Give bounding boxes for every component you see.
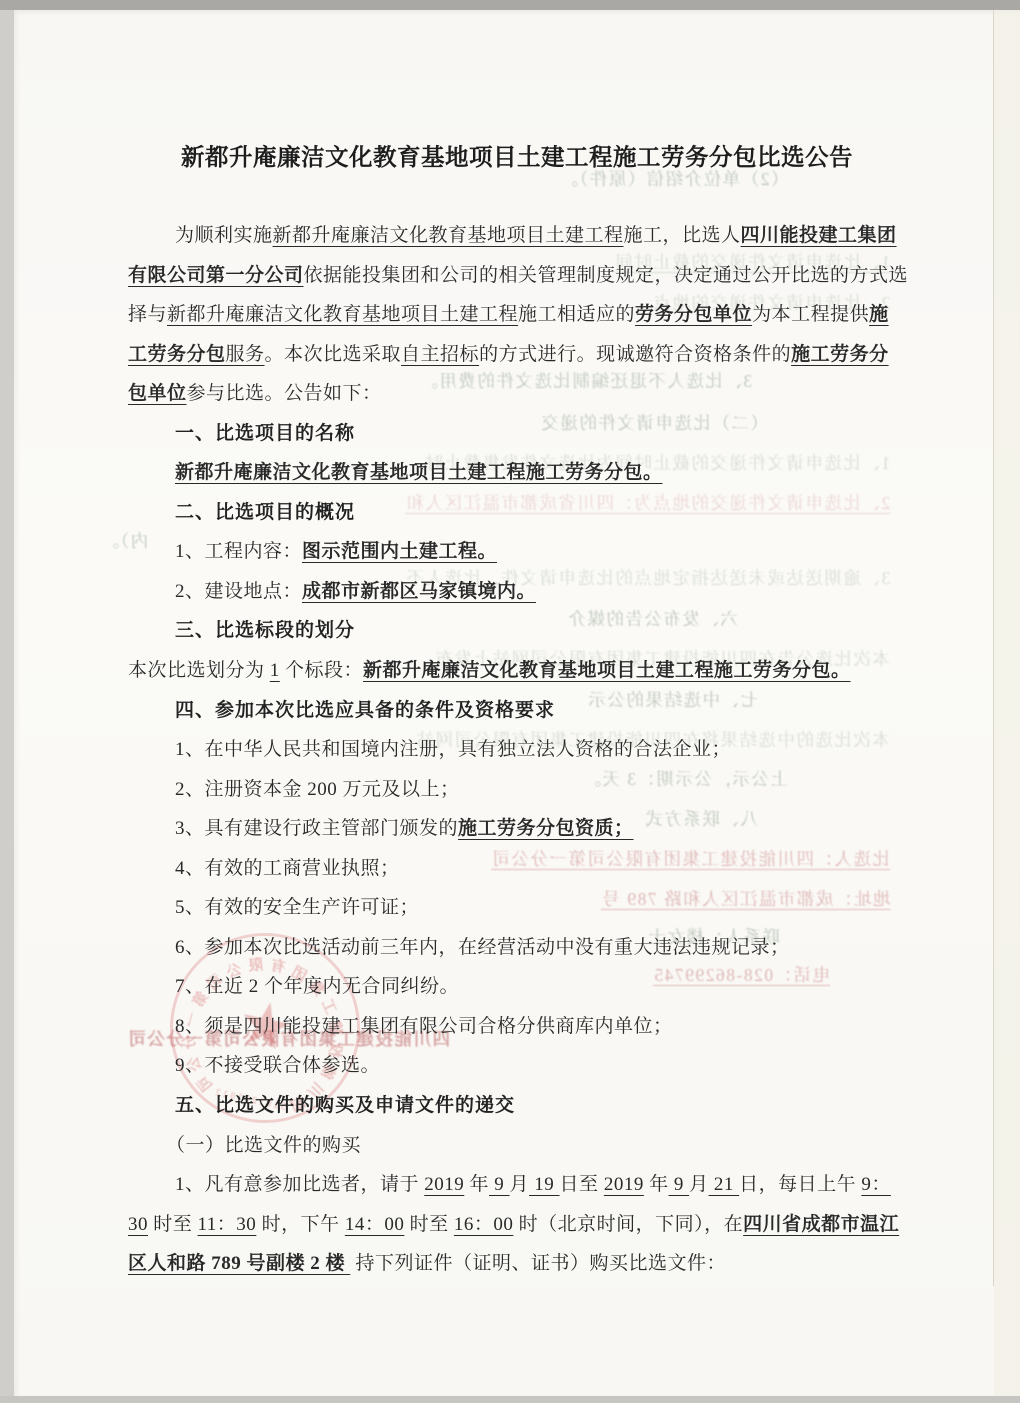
text-segment: 五、比选文件的购买及申请文件的递交 [175,1095,515,1116]
text-line: （一）比选文件的购买 [128,1126,906,1166]
text-segment: 服务 [226,344,265,365]
text-line: 3、具有建设行政主管部门颁发的施工劳务分包资质； [128,809,906,849]
text-segment: 施工劳务分 [791,344,889,365]
text-segment: 日，每日上午 [739,1174,861,1195]
text-segment: 择与 [128,304,167,325]
text-segment: 年 [644,1174,669,1195]
text-line: 1、凡有意参加比选者，请于 2019 年 9 月 19 日至 2019 年 9 … [128,1165,906,1205]
text-segment: 时至 [148,1214,198,1235]
text-line: 新都升庵廉洁文化教育基地项目土建工程施工劳务分包。 [128,453,906,493]
text-segment: 施工相适应的 [518,304,635,325]
text-segment: 施工，比选人 [624,225,741,246]
text-segment: 1、工程内容： [175,541,302,562]
text-line: 9、不接受联合体参选。 [128,1046,906,1086]
text-segment: （一）比选文件的购买 [166,1135,361,1156]
text-segment: 11：30 [198,1214,257,1235]
text-segment: 1、在中华人民共和国境内注册，具有独立法人资格的合法企业； [175,739,731,760]
text-segment: 参与比选。公告如下： [187,383,382,404]
text-segment: 月 [510,1174,530,1195]
text-segment: 时，下午 [256,1214,345,1235]
text-segment: 30 [128,1214,148,1235]
text-segment: 8、须是四川能投建工集团有限公司合格分供商库内单位； [175,1016,673,1037]
text-segment: 3、具有建设行政主管部门颁发的 [175,818,458,839]
text-line: 区人和路 789 号副楼 2 楼 持下列证件（证明、证书）购买比选文件： [128,1244,906,1284]
text-segment: 包单位 [128,383,187,404]
text-segment: 区人和路 789 号副楼 2 楼 [128,1253,350,1274]
text-segment: 14：00 [345,1214,405,1235]
scanner-edge-bottom [0,1396,1020,1403]
text-segment: 有限公司第一分公司 [128,265,304,286]
text-segment: 图示范围内土建工程。 [302,541,497,562]
text-line: 有限公司第一分公司依据能投集团和公司的相关管理制度规定，决定通过公开比选的方式选 [128,256,906,296]
text-segment: 工劳务分包 [128,344,226,365]
text-segment: 月 [689,1174,709,1195]
text-segment: 2019 [604,1174,644,1195]
text-segment: 9 [669,1174,690,1195]
text-line: 2、建设地点：成都市新都区马家镇境内。 [128,572,906,612]
section-heading: 四、参加本次比选应具备的条件及资格要求 [128,691,906,731]
text-segment: 持下列证件（证明、证书）购买比选文件： [350,1253,726,1274]
text-segment: 5、有效的安全生产许可证； [175,897,419,918]
text-segment: 时（北京时间，下同），在 [513,1214,743,1235]
text-segment: 四川能投建工集团 [741,225,897,246]
text-segment: 为本工程提供 [752,304,869,325]
text-segment: 新都升庵廉洁文化教育基地项目土建工程 [167,304,518,325]
text-line: 择与新都升庵廉洁文化教育基地项目土建工程施工相适应的劳务分包单位为本工程提供施 [128,295,906,335]
document-body: 为顺利实施新都升庵廉洁文化教育基地项目土建工程施工，比选人四川能投建工集团有限公… [128,216,906,1284]
text-segment: 自主招标 [401,344,479,365]
text-segment: 成都市新都区马家镇境内。 [302,581,536,602]
paper-edge-tint [994,10,1020,1396]
document: 新都升庵廉洁文化教育基地项目土建工程施工劳务分包比选公告 为顺利实施新都升庵廉洁… [128,138,906,1284]
text-segment: 21 [709,1174,740,1195]
text-segment: 年 [464,1174,489,1195]
text-segment: 施工劳务分包资质； [458,818,634,839]
text-segment: 19 [529,1174,560,1195]
text-segment: 日至 [560,1174,604,1195]
text-line: 工劳务分包服务。本次比选采取自主招标的方式进行。现诚邀符合资格条件的施工劳务分 [128,335,906,375]
text-segment: 9、不接受联合体参选。 [175,1055,380,1076]
document-title: 新都升庵廉洁文化教育基地项目土建工程施工劳务分包比选公告 [128,138,906,172]
text-segment: 二、比选项目的概况 [175,502,355,523]
text-line: 1、工程内容：图示范围内土建工程。 [128,532,906,572]
text-segment: 四、参加本次比选应具备的条件及资格要求 [175,700,555,721]
text-segment: 1、凡有意参加比选者，请于 [175,1174,424,1195]
text-segment: 施 [869,304,889,325]
text-segment: 劳务分包单位 [635,304,752,325]
text-line: 30 时至 11：30 时，下午 14：00 时至 16：00 时（北京时间，下… [128,1205,906,1245]
text-line: 5、有效的安全生产许可证； [128,888,906,928]
text-segment: 9： [861,1174,891,1195]
text-segment: 4、有效的工商营业执照； [175,858,400,879]
text-segment: 四川省成都市温江 [743,1214,899,1235]
text-segment: 2、建设地点： [175,581,302,602]
text-line: 包单位参与比选。公告如下： [128,374,906,414]
text-line: 6、参加本次比选活动前三年内，在经营活动中没有重大违法违规记录； [128,928,906,968]
text-segment: 。本次比选采取 [265,344,402,365]
text-segment: 依据能投集团和公司的相关管理制度规定，决定通过公开比选的方式选 [304,265,909,286]
text-segment: 为顺利实施 [175,225,273,246]
text-segment: 2、注册资本金 200 万元及以上； [175,779,460,800]
text-segment: 时至 [404,1214,454,1235]
text-segment: 个标段： [280,660,363,681]
text-line: 为顺利实施新都升庵廉洁文化教育基地项目土建工程施工，比选人四川能投建工集团 [128,216,906,256]
section-heading: 二、比选项目的概况 [128,493,906,533]
text-line: 2、注册资本金 200 万元及以上； [128,770,906,810]
text-segment: 新都升庵廉洁文化教育基地项目土建工程 [273,225,624,246]
text-segment: 9 [489,1174,510,1195]
text-segment: 2019 [424,1174,464,1195]
section-heading: 五、比选文件的购买及申请文件的递交 [128,1086,906,1126]
text-line: 本次比选划分为 1 个标段：新都升庵廉洁文化教育基地项目土建工程施工劳务分包。 [128,651,906,691]
text-segment: 1 [270,660,280,681]
section-heading: 一、比选项目的名称 [128,414,906,454]
text-segment: 的方式进行。现诚邀符合资格条件的 [479,344,791,365]
text-segment: 16：00 [454,1214,514,1235]
section-heading: 三、比选标段的划分 [128,611,906,651]
text-line: 1、在中华人民共和国境内注册，具有独立法人资格的合法企业； [128,730,906,770]
text-segment: 7、在近 2 个年度内无合同纠纷。 [175,976,459,997]
text-segment: 三、比选标段的划分 [175,620,355,641]
text-segment: 新都升庵廉洁文化教育基地项目土建工程施工劳务分包。 [363,660,851,681]
text-segment: 一、比选项目的名称 [175,423,355,444]
text-line: 8、须是四川能投建工集团有限公司合格分供商库内单位； [128,1007,906,1047]
text-segment: 本次比选划分为 [128,660,270,681]
text-segment: 新都升庵廉洁文化教育基地项目土建工程施工劳务分包。 [175,462,663,483]
text-line: 7、在近 2 个年度内无合同纠纷。 [128,967,906,1007]
text-line: 4、有效的工商营业执照； [128,849,906,889]
scanner-edge-top [0,0,1020,10]
text-segment: 6、参加本次比选活动前三年内，在经营活动中没有重大违法违规记录； [175,937,790,958]
